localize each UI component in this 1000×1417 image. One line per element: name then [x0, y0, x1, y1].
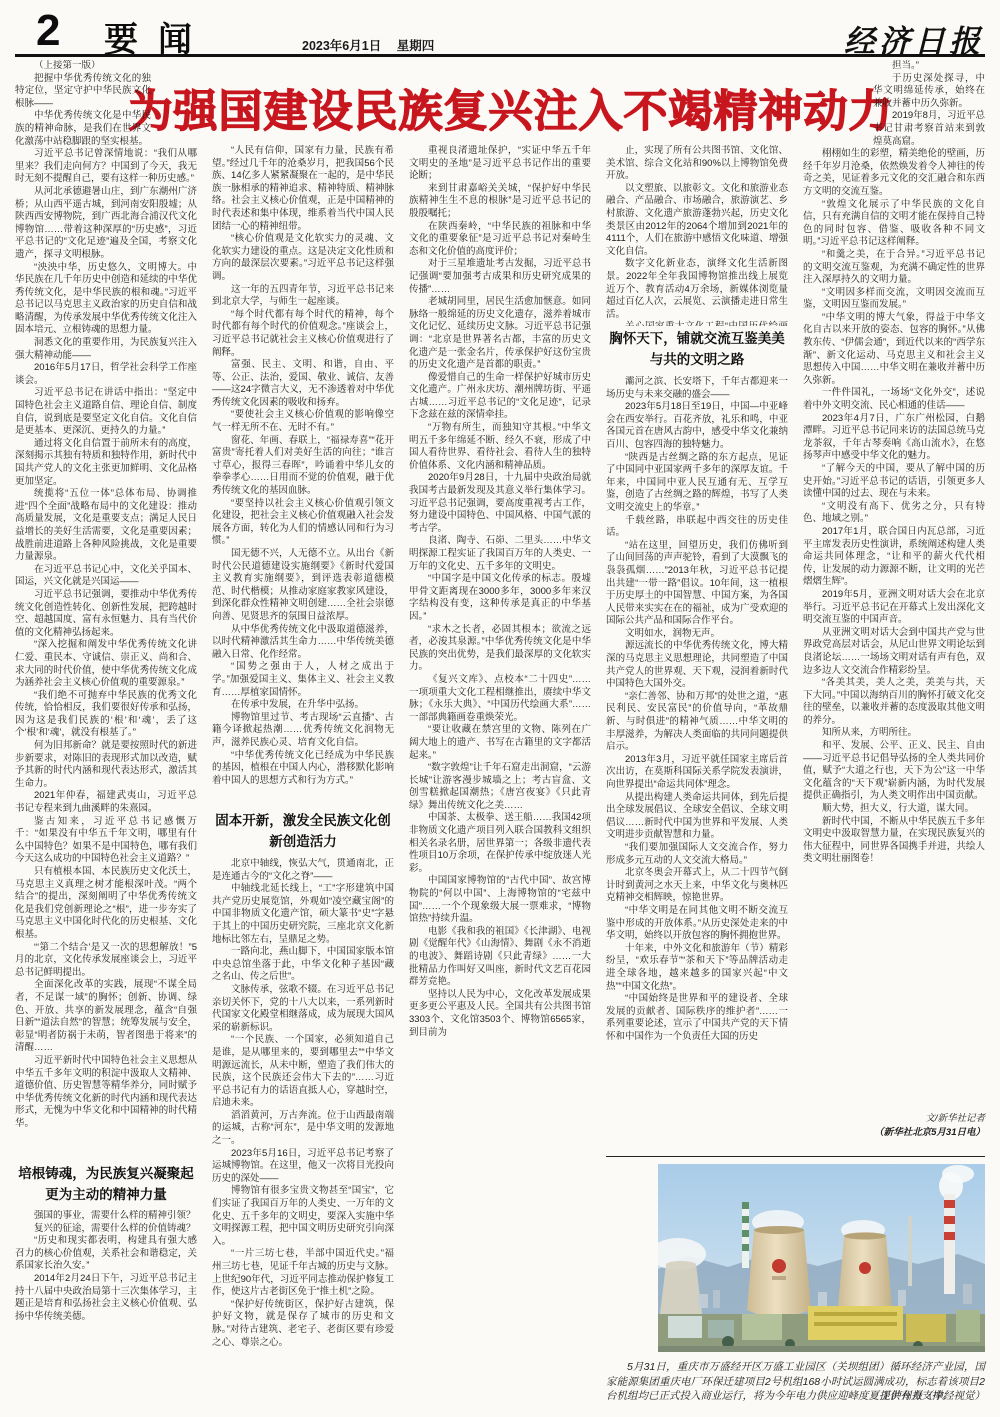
- paragraph: “文明因多样而交流，文明因交流而互鉴，文明因互鉴而发展。”: [803, 287, 985, 312]
- paragraph: 2016年5月17日，哲学社会科学工作座谈会。: [15, 362, 197, 387]
- paragraph: “陕西是古丝绸之路的东方起点，见证了中国同中亚国家两千多年的深厚友谊。千年来，中…: [606, 452, 788, 515]
- power-plant-photo: [658, 1164, 985, 1352]
- article-column-1a: （上接第一版）把握中华优秀传统文化的独特定位，坚定守护中华民族文化根脉——中华优…: [15, 60, 197, 1163]
- paragraph: “一个民族、一个国家，必须知道自己是谁，是从哪里来的，要到哪里去”“中华文明源远…: [212, 1034, 394, 1110]
- photo-credit: 王泸州摄（中经视觉）: [606, 1389, 985, 1404]
- power-plant-photo-graphic: [658, 1164, 985, 1352]
- cooling-tower-2: [838, 1232, 892, 1314]
- paragraph: 关心国家重大文化工程“中国历代绘画大系”编纂出版，强调“继续深入挖掘中华文明博大…: [606, 321, 788, 326]
- paragraph: 新时代中国，不断从中华民族五千多年文明史中汲取智慧力量，在实现民族复兴的伟大征程…: [803, 816, 985, 866]
- paragraph: “中华文明的博大气象，得益于中华文化自古以来开放的姿态、包容的胸怀。”从佛教东传…: [803, 312, 985, 388]
- paragraph: 窗花、年画、春联上，“福禄寿喜”“花开富贵”寄托着人们对美好生活的向往；“谁言寸…: [212, 435, 394, 498]
- paragraph: 复兴的征途，需要什么样的价值铸魂？: [15, 1223, 197, 1236]
- paragraph: 博物馆里过节、考古现场“云直播”、古籍今译掀起热潮……优秀传统文化润物无声，滋养…: [212, 712, 394, 750]
- paragraph: “了解今天的中国，要从了解中国的历史开始。”习近平总书记的话语，引领更多人读懂中…: [803, 463, 985, 501]
- paragraph: 2014年2月24日下午，习近平总书记主持十八届中央政治局第十三次集体学习，主题…: [15, 1273, 197, 1323]
- paragraph: 2023年4月7日，广东广州松园，白鹅潭畔。习近平总书记同来访的法国总统马克龙茶…: [803, 413, 985, 463]
- crosshead-3: 胸怀天下，铺就交流互鉴美美与共的文明之路: [606, 328, 788, 372]
- paragraph: “文明没有高下、优劣之分，只有特色、地域之别。”: [803, 501, 985, 526]
- paragraph: 从亚洲文明对话大会到中国共产党与世界政党高层对话会，从尼山世界文明论坛到良渚论坛…: [803, 627, 985, 677]
- paragraph: “国势之强由于人，人材之成出于学。”加强爱国主义、集体主义、社会主义教育……厚植…: [212, 661, 394, 699]
- paragraph: 洞悉文化的重要作用，为民族复兴注入强大精神动能——: [15, 337, 197, 362]
- date-text: 2023年6月1日: [302, 39, 381, 53]
- paragraph: “各美其美，美人之美，美美与共，天下大同。”中国以海纳百川的胸怀打破文化交往的壁…: [803, 677, 985, 727]
- paragraph: 在陕西秦岭，“中华民族的祖脉和中华文化的重要象征”是习近平总书记对秦岭生态和文化…: [409, 221, 591, 259]
- paragraph: “站在这里，回望历史，我们仿佛听到了山间回荡的声声驼铃，看到了大漠飘飞的袅袅孤烟…: [606, 540, 788, 628]
- paragraph: 中国国家博物馆的“古代中国”、故宫博物院的“何以中国”、上海博物馆的“宅兹中国”…: [409, 875, 591, 925]
- paragraph: 北京中轴线，恢弘大气，贯通南北，正是连通古今的“文化之脊”——: [212, 858, 394, 883]
- paragraph: 在传承中发展，在升华中弘扬。: [212, 699, 394, 712]
- article-column-4b: 灞河之滨、长安塔下，千年古都迎来一场历史与未来交融的盛会——2023年5月18日…: [606, 376, 788, 1155]
- main-headline: 为强国建设民族复兴注入不竭精神动力: [150, 72, 872, 142]
- paragraph: 坚持以人民为中心，文化改革发展成果更多更公平惠及人民。全国共有公共图书馆3303…: [409, 989, 591, 1039]
- paragraph: “核心价值观是文化软实力的灵魂、文化软实力建设的重点。这是决定文化性质和方向的最…: [212, 233, 394, 283]
- paragraph: 重视良渚遗址保护，“实证中华五千年文明史的圣地”是习近平总书记作出的重要论断；: [409, 145, 591, 183]
- paragraph: “历史和现实都表明，构建具有强大感召力的核心价值观，关系社会和谐稳定，关系国家长…: [15, 1235, 197, 1273]
- paragraph: 从提出构建人类命运共同体，到先后提出全球发展倡议、全球安全倡议、全球文明倡议………: [606, 792, 788, 842]
- article-ending: 文/新华社记者 （新华社北京5月31日电）: [803, 1112, 985, 1140]
- paragraph: 像爱惜自己的生命一样保护好城市历史文化遗产。广州永庆坊、潮州牌坊街、平遥古城………: [409, 372, 591, 422]
- paragraph: 富强、民主、文明、和谐，自由、平等、公正、法治，爱国、敬业、诚信、友善——这24…: [212, 359, 394, 409]
- paragraph: 电影《我和我的祖国》《长津湖》、电视剧《觉醒年代》《山海情》、舞剧《永不消逝的电…: [409, 926, 591, 989]
- paragraph: “要使社会主义核心价值观的影响像空气一样无所不在、无时不有。”: [212, 409, 394, 434]
- paragraph: 通过将文化自信置于前所未有的高度，深刻揭示其独有特质和独特作用，新时代中国共产党…: [15, 438, 197, 488]
- paragraph: 以文塑旅、以旅彰文。文化和旅游业态融合、产品融合、市场融合，旅游演艺、乡村旅游、…: [606, 183, 788, 259]
- paragraph: 2013年3月，习近平就任国家主席后首次出访，在莫斯科国际关系学院发表演讲，向世…: [606, 754, 788, 792]
- paragraph: “要让收藏在禁宫里的文物、陈列在广阔大地上的遗产、书写在古籍里的文字都活起来。”: [409, 724, 591, 762]
- paragraph: 国无德不兴，人无德不立。从出台《新时代公民道德建设实施纲要》《新时代爱国主义教育…: [212, 548, 394, 624]
- paragraph: 文脉传承，弦歌不辍。在习近平总书记亲切关怀下，党的十八大以来，一系列新时代国家文…: [212, 984, 394, 1034]
- header-rule: [15, 54, 985, 57]
- paragraph: 栩栩如生的彩塑，精美绝伦的壁画，历经千年岁月沧桑，依然焕发着令人神往的传奇之美，…: [803, 148, 985, 198]
- headline-wrap-spacer: [803, 60, 873, 148]
- paragraph: “和羹之美，在于合异。”习近平总书记的文明交流互鉴观，为充满不确定性的世界注入深…: [803, 249, 985, 287]
- newspaper-page: { "page": { "number": "2", "section": "要…: [0, 0, 1000, 1417]
- photo-separator-rule: [606, 1156, 985, 1157]
- paragraph: 习近平总书记在讲话中指出：“坚定中国特色社会主义道路自信、理论自信、制度自信，说…: [15, 387, 197, 437]
- paragraph: “中国字是中国文化传承的标志。殷墟甲骨文距离现在3000多年，3000多年来汉字…: [409, 573, 591, 623]
- paragraph: 鉴古知来，习近平总书记感慨万千：“如果没有中华五千年文明，哪里有什么中国特色？如…: [15, 816, 197, 866]
- paragraph: 只有植根本国、本民族历史文化沃土，马克思主义真理之树才能根深叶茂。“两个结合”的…: [15, 866, 197, 942]
- paragraph: “中华文明是在同其他文明不断交流互鉴中形成的开放体系。”从历史深处走来的中华文明…: [606, 905, 788, 943]
- paragraph: 顺大势，担大义，行大道，谋大同。: [803, 803, 985, 816]
- author-line: 文/新华社记者: [803, 1112, 985, 1126]
- paragraph: “‘第二个结合’是又一次的思想解放！”5月的北京，文化传承发展座谈会上，习近平总…: [15, 942, 197, 980]
- paragraph: 习近平总书记曾深情地说：“我们从哪里来？我们走向何方？中国到了今天，我无时无刻不…: [15, 148, 197, 186]
- paragraph: 习近平新时代中国特色社会主义思想从中华五千多年文明的积淀中汲取人文精神、道德价值…: [15, 1055, 197, 1131]
- paragraph: 这一年的五四青年节，习近平总书记来到北京大学，与师生一起座谈。: [212, 284, 394, 309]
- paragraph: “保护好传统街区，保护好古建筑，保护好文物，就是保存了城市的历史和文脉。”对待古…: [212, 1299, 394, 1349]
- striped-chimney-left: [742, 1202, 749, 1268]
- publication-date: 2023年6月1日 星期四: [302, 36, 434, 54]
- paragraph: “求木之长者，必固其根本；欲流之远者，必浚其泉源。”中华优秀传统文化是中华民族的…: [409, 624, 591, 674]
- cooling-tower-1: [747, 1226, 811, 1317]
- paragraph: “一片三坊七巷，半部中国近代史。”福州三坊七巷，见证千年古城的历史与文脉。上世纪…: [212, 1248, 394, 1298]
- paragraph: “敦煌文化展示了中华民族的文化自信，只有充满自信的文明才能在保持自己特色的同时包…: [803, 199, 985, 249]
- paragraph: 在习近平总书记心中，文化关乎国本、国运，兴文化就是兴国运——: [15, 564, 197, 589]
- page-number: 2: [36, 6, 60, 56]
- paragraph: 统揽将“五位一体”总体布局、协调推进“四个全面”战略布局中的文化建设：推动高质量…: [15, 488, 197, 564]
- paragraph: 北京冬奥会开幕式上，从二十四节气倒计时到黄河之水天上来，中华文化与奥林匹克精神交…: [606, 867, 788, 905]
- striped-chimney-right: [944, 1194, 955, 1294]
- far-cooling-tower: [660, 1261, 702, 1319]
- paragraph: 中国茶、太极拳、送王船……我国42项非物质文化遗产项目列入联合国教科文组织相关名…: [409, 812, 591, 875]
- paragraph: “我们绝不可抛弃中华民族的优秀文化传统，恰恰相反，我们要很好传承和弘扬，因为这是…: [15, 690, 197, 740]
- paragraph: 一路向北，燕山脚下，中国国家版本馆中央总馆坐落于此，中华文化种子基因“藏之名山、…: [212, 946, 394, 984]
- paragraph: 一件件国礼，一场场“文化外交”，述说着中外文明交流、民心相通的佳话——: [803, 387, 985, 412]
- paragraph: 源远流长的中华优秀传统文化，博大精深的马克思主义思想理论，共同塑造了中国共产党人…: [606, 640, 788, 690]
- paragraph: “万物有所生，而独知守其根。”中华文明五千多年绵延不断、经久不衰，形成了中国人看…: [409, 422, 591, 472]
- paragraph: “中国始终是世界和平的建设者、全球发展的贡献者、国际秩序的维护者”……一系列重要…: [606, 993, 788, 1043]
- article-column-5: 担当。”于历史深处探寻，中华文明绵延传承，始终在兼收并蓄中历久弥新。2019年8…: [803, 60, 985, 1108]
- paragraph: 2020年9月28日，十九届中央政治局就我国考古最新发现及其意义举行集体学习。习…: [409, 472, 591, 535]
- paragraph: 从中华优秀传统文化中汲取道德滋养，以时代精神激活其生命力……中华传统美德融入日常…: [212, 624, 394, 662]
- paragraph: 何为旧邦新命？就是要按照时代的新进步新要求，对陈旧的表现形式加以改造，赋予其新的…: [15, 740, 197, 790]
- paragraph: 十年来，中外文化和旅游年（节）精彩纷呈，“欢乐春节”“茶和天下”等品牌活动走进全…: [606, 943, 788, 993]
- paragraph: “深入挖掘和阐发中华优秀传统文化讲仁爱、重民本、守诚信、崇正义、尚和合、求大同的…: [15, 639, 197, 689]
- paragraph: 从河北承德避暑山庄，到广东潮州广济桥；从山西平遥古城，到河南安阳殷墟；从陕西西安…: [15, 186, 197, 262]
- headline-wrap-spacer: [151, 60, 197, 148]
- paragraph: 习近平总书记强调，要推动中华优秀传统文化创造性转化、创新性发展，把跨越时空、超越…: [15, 589, 197, 639]
- paragraph: 文明如水，润物无声。: [606, 628, 788, 641]
- paragraph: 老城胡同里，居民生活愈加惬意。如同脉络一般绵延的历史文化遗存，滋养着城市文化记忆…: [409, 296, 591, 372]
- paragraph: “我们要加强国际人文交流合作，努力形成多元互动的人文交流大格局。”: [606, 842, 788, 867]
- paragraph: “每个时代都有每个时代的精神，每个时代都有每个时代的价值观念。”座谈会上，习近平…: [212, 309, 394, 359]
- article-column-4a: 止，实现了所有公共图书馆、文化馆、美术馆、综合文化站和90%以上博物馆免费开放。…: [606, 145, 788, 326]
- paragraph: 强国的事业，需要什么样的精神引领？: [15, 1210, 197, 1223]
- paragraph: 止，实现了所有公共图书馆、文化馆、美术馆、综合文化站和90%以上博物馆免费开放。: [606, 145, 788, 183]
- paragraph: “人民有信仰，国家有力量，民族有希望。”经过几千年的沧桑岁月，把我国56个民族、…: [212, 145, 394, 233]
- paragraph: 2023年5月18日至19日，中国—中亚峰会在西安举行。百花齐放，礼乐和鸣，中亚…: [606, 401, 788, 451]
- paragraph: “要坚持以社会主义核心价值观引领文化建设，把社会主义核心价值观融入社会发展各方面…: [212, 498, 394, 548]
- paragraph: 数字文化新业态，演绎文化生活新图景。2022年全年我国博物馆推出线上展览近万个、…: [606, 258, 788, 321]
- paragraph: 滔滔黄河，万古奔流。位于山西最南端的运城，古称“河东”，是中华文明的发源地之一。: [212, 1110, 394, 1148]
- paragraph: 良渚、陶寺、石峁、二里头……中华文明探源工程实证了我国百万年的人类史、一万年的文…: [409, 535, 591, 573]
- paragraph: 中轴线北延长线上，“工”字形建筑中国共产党历史展览馆，外观如“凌空藏宝阁”的中国…: [212, 883, 394, 946]
- article-column-3: 重视良渚遗址保护，“实证中华五千年文明史的圣地”是习近平总书记作出的重要论断；来…: [409, 145, 591, 1405]
- crosshead-2: 固本开新，激发全民族文化创新创造活力: [212, 810, 394, 854]
- paragraph: 《复兴文库》、点校本“二十四史”……一项项重大文化工程相继推出，赓续中华文脉；《…: [409, 674, 591, 724]
- paragraph: “亲仁善邻、协和万邦”的处世之道，“惠民利民、安民富民”的价值导向，“革故鼎新、…: [606, 691, 788, 754]
- article-column-2b: 北京中轴线，恢弘大气，贯通南北，正是连通古今的“文化之脊”——中轴线北延长线上，…: [212, 858, 394, 1405]
- article-column-1b: 强国的事业，需要什么样的精神引领？复兴的征途，需要什么样的价值铸魂？“历史和现实…: [15, 1210, 197, 1405]
- paragraph: “数字敦煌”让千年石窟走出洞窟，“云游长城”让游客漫步城墙之上；考古盲盒、文创雪…: [409, 762, 591, 812]
- article-column-2a: “人民有信仰，国家有力量，民族有希望。”经过几千年的沧桑岁月，把我国56个民族、…: [212, 145, 394, 808]
- paragraph: 2023年5月16日，习近平总书记考察了运城博物馆。在这里，他又一次将目光投向历…: [212, 1148, 394, 1186]
- weekday-text: 星期四: [397, 39, 435, 53]
- paragraph: 来到甘肃嘉峪关关城，“保护好中华民族精神生生不息的根脉”是习近平总书记的殷殷嘱托…: [409, 183, 591, 221]
- paragraph: 灞河之滨、长安塔下，千年古都迎来一场历史与未来交融的盛会——: [606, 376, 788, 401]
- paragraph: 和平、发展、公平、正义、民主、自由——习近平总书记倡导弘扬的全人类共同价值，赋予…: [803, 740, 985, 803]
- paragraph: “中华优秀传统文化已经成为中华民族的基因，植根在中国人内心，潜移默化影响着中国人…: [212, 750, 394, 788]
- paragraph: 千载丝路，串联起中西交往的历史佳话。: [606, 515, 788, 540]
- paragraph: 知所从来，方明所往。: [803, 727, 985, 740]
- paragraph: 对于三星堆遗址考古发掘，习近平总书记强调“要加强考古成果和历史研究成果的传播”……: [409, 258, 591, 296]
- paragraph: 2021年仲春，福建武夷山，习近平总书记专程来到九曲溪畔的朱熹园。: [15, 790, 197, 815]
- news-agency-dateline: （新华社北京5月31日电）: [803, 1126, 985, 1140]
- paragraph: 2019年5月，亚洲文明对话大会在北京举行。习近平总书记在开幕式上发出深化文明交…: [803, 589, 985, 627]
- paragraph: “泱泱中华，历史悠久，文明博大。中华民族在几千年历史中创造和延续的中华优秀传统文…: [15, 262, 197, 338]
- paragraph: 2017年1月，联合国日内瓦总部，习近平主席发表历史性演讲，系统阐述构建人类命运…: [803, 526, 985, 589]
- crosshead-1: 培根铸魂，为民族复兴凝聚起更为主动的精神力量: [15, 1163, 197, 1207]
- mid-chimney: [908, 1216, 912, 1286]
- paragraph: 博物馆有很多宝贵文物甚至“国宝”，它们实证了我国百万年的人类史、一万年的文化史、…: [212, 1185, 394, 1248]
- paragraph: 全面深化改革的实践，展现“不谋全局者，不足谋一域”的胸怀；创新、协调、绿色、开放…: [15, 979, 197, 1055]
